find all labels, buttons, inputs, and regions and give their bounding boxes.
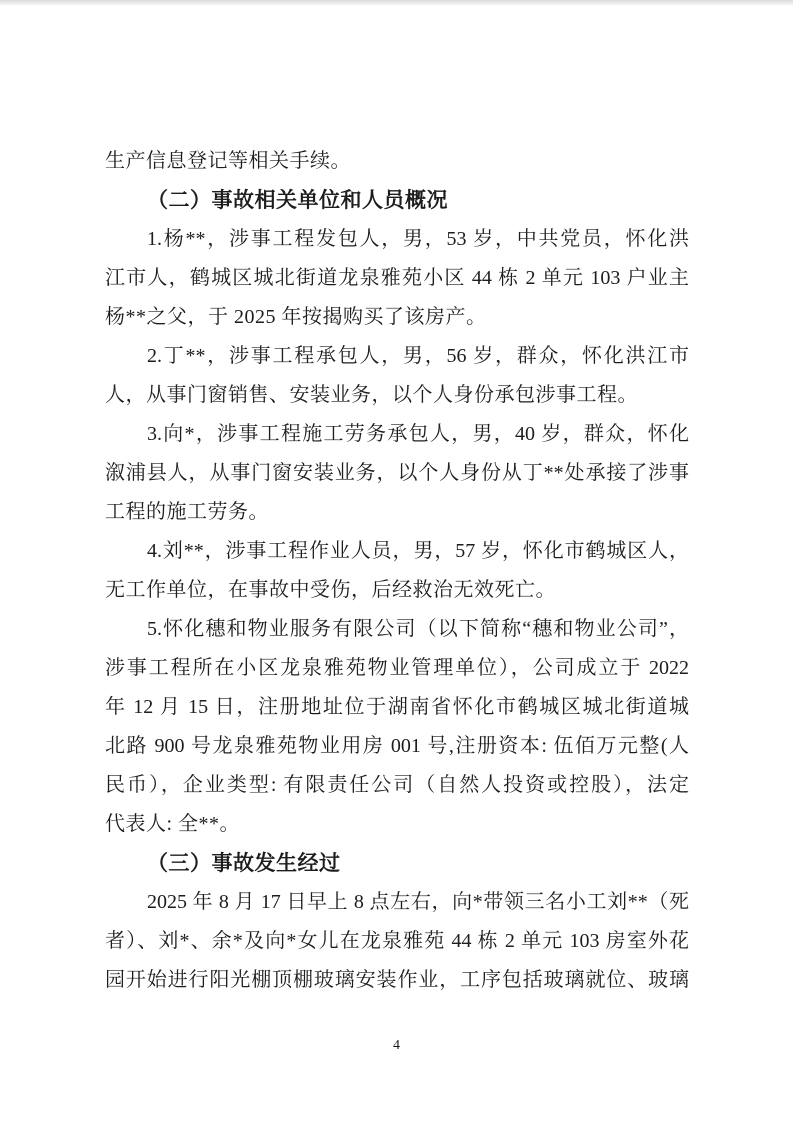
section-heading: （二）事故相关单位和人员概况	[105, 181, 689, 220]
text-line: 4.刘**，涉事工程作业人员，男，57 岁，怀化市鹤城区人，	[105, 532, 689, 571]
page-top-edge	[0, 0, 793, 7]
text-line: 杨**之父，于 2025 年按揭购买了该房产。	[105, 298, 689, 337]
text-line: 年 12 月 15 日，注册地址位于湖南省怀化市鹤城区城北街道城	[105, 688, 689, 727]
document-page: 生产信息登记等相关手续。（二）事故相关单位和人员概况1.杨**，涉事工程发包人，…	[0, 0, 793, 1122]
text-line: 无工作单位，在事故中受伤，后经救治无效死亡。	[105, 571, 689, 610]
text-line: 园开始进行阳光棚顶棚玻璃安装作业，工序包括玻璃就位、玻璃	[105, 961, 689, 1000]
text-line: 3.向*，涉事工程施工劳务承包人，男，40 岁，群众，怀化	[105, 415, 689, 454]
text-line: 涉事工程所在小区龙泉雅苑物业管理单位），公司成立于 2022	[105, 649, 689, 688]
text-line: 人，从事门窗销售、安装业务，以个人身份承包涉事工程。	[105, 376, 689, 415]
text-line: 2025 年 8 月 17 日早上 8 点左右，向*带领三名小工刘**（死	[105, 883, 689, 922]
page-number: 4	[0, 1036, 793, 1056]
text-line: 民币），企业类型: 有限责任公司（自然人投资或控股），法定	[105, 766, 689, 805]
section-heading: （三）事故发生经过	[105, 844, 689, 883]
text-line: 工程的施工劳务。	[105, 493, 689, 532]
text-line: 者）、刘*、余*及向*女儿在龙泉雅苑 44 栋 2 单元 103 房室外花	[105, 922, 689, 961]
text-line: 2.丁**，涉事工程承包人，男，56 岁，群众，怀化洪江市	[105, 337, 689, 376]
text-line: 1.杨**，涉事工程发包人，男，53 岁，中共党员，怀化洪	[105, 220, 689, 259]
text-line: 溆浦县人，从事门窗安装业务，以个人身份从丁**处承接了涉事	[105, 454, 689, 493]
text-line: 北路 900 号龙泉雅苑物业用房 001 号,注册资本: 伍佰万元整(人	[105, 727, 689, 766]
text-line: 5.怀化穗和物业服务有限公司（以下简称“穗和物业公司”，	[105, 610, 689, 649]
text-line: 江市人，鹤城区城北街道龙泉雅苑小区 44 栋 2 单元 103 户业主	[105, 259, 689, 298]
text-line: 生产信息登记等相关手续。	[105, 142, 689, 181]
text-line: 代表人: 全**。	[105, 805, 689, 844]
document-body: 生产信息登记等相关手续。（二）事故相关单位和人员概况1.杨**，涉事工程发包人，…	[105, 142, 689, 1000]
